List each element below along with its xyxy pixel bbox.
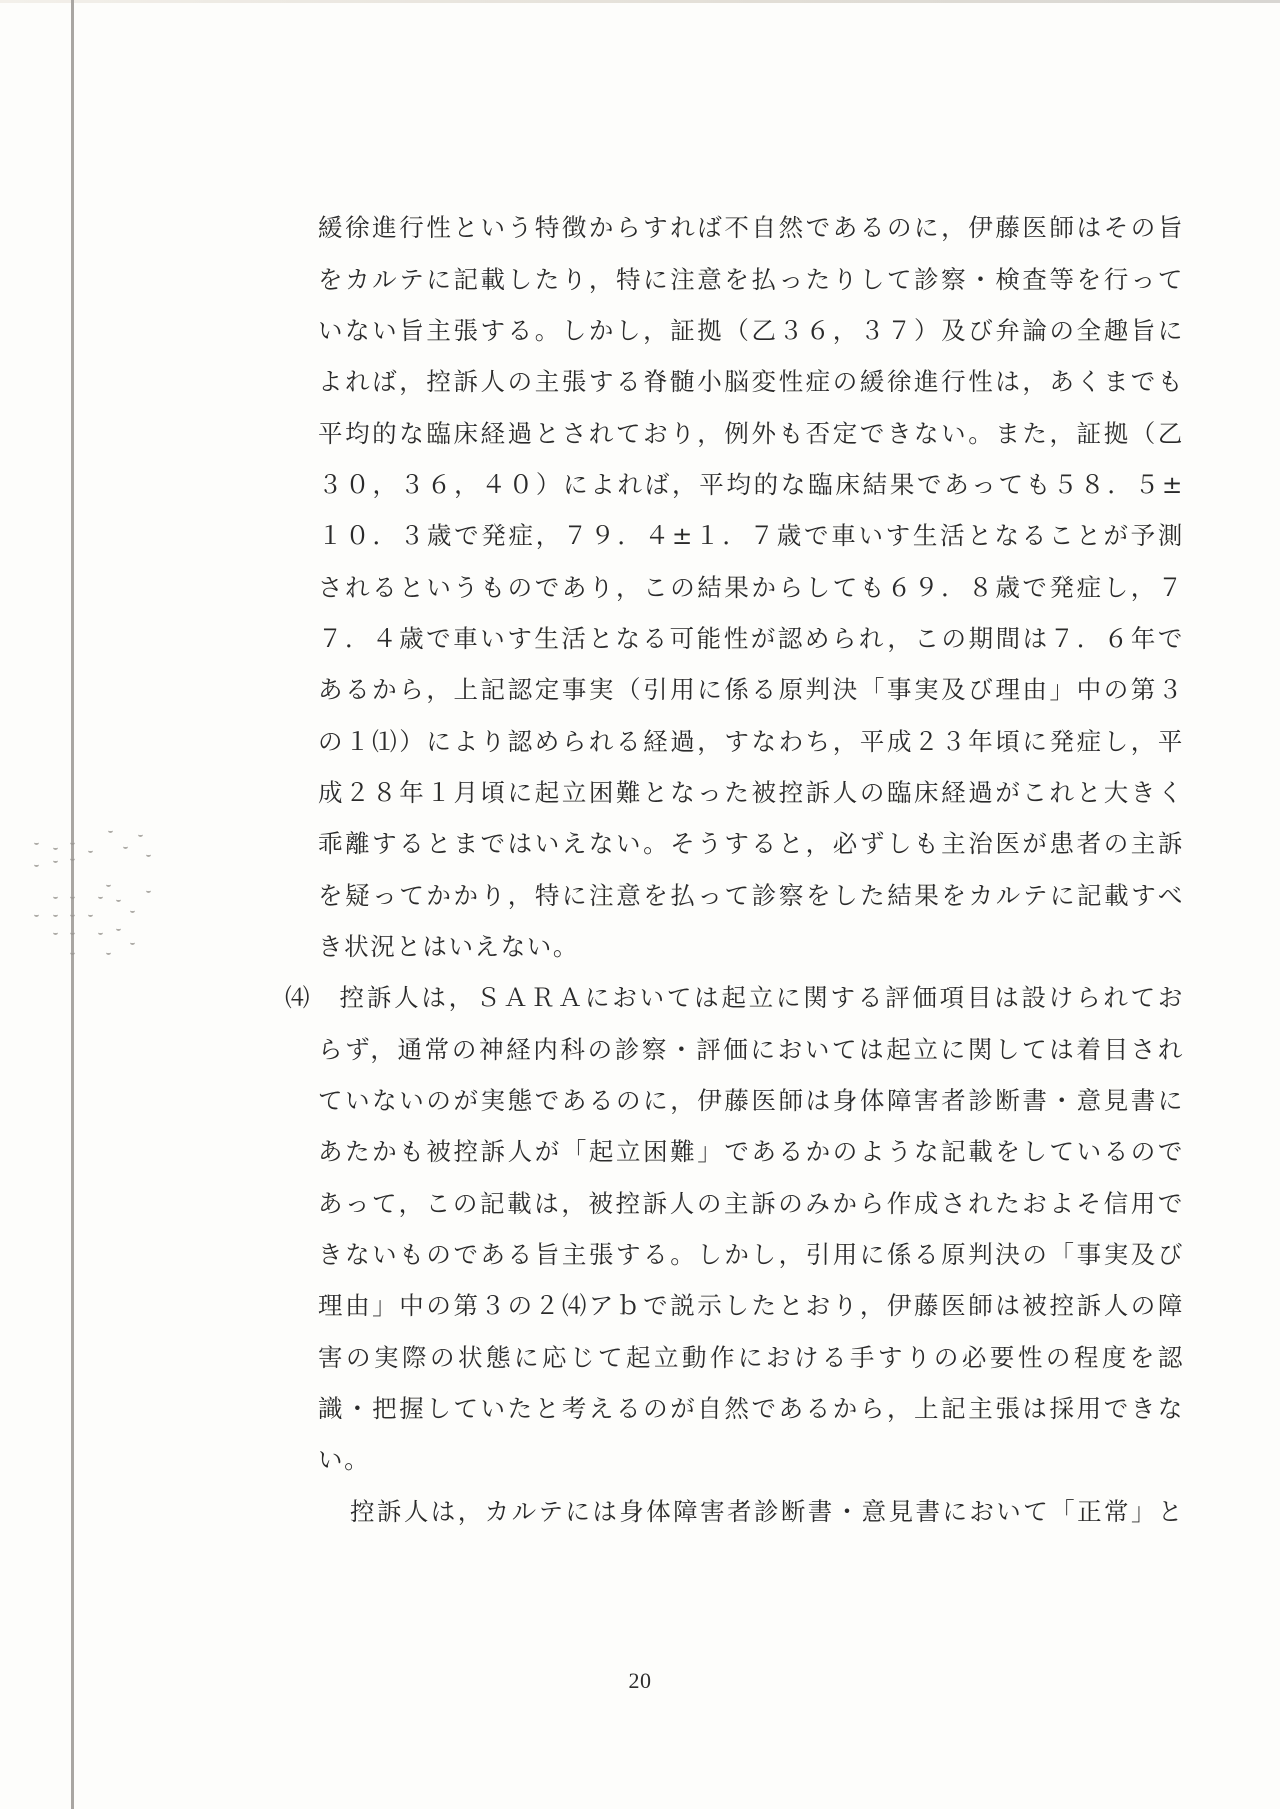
text-line: １０．３歳で発症，７９．４±１．７歳で車いす生活となることが予測 <box>318 521 1184 551</box>
paragraph-first-line: 控訴人は，カルテには身体障害者診断書・意見書において「正常」と <box>350 1497 1184 1527</box>
text-line: らず，通常の神経内科の診察・評価においては起立に関しては着目され <box>318 1035 1184 1065</box>
page-number: 20 <box>0 1668 1280 1694</box>
text-line: いない旨主張する。しかし，証拠（乙３６，３７）及び弁論の全趣旨に <box>318 316 1184 346</box>
text-line-paragraph-end: き状況とはいえない。 <box>318 932 1184 962</box>
text-line: ていないのが実態であるのに，伊藤医師は身体障害者診断書・意見書に <box>318 1086 1184 1116</box>
text-line: 乖離するとまではいえない。そうすると，必ずしも主治医が患者の主訴 <box>318 829 1184 859</box>
text-line: あるから，上記認定事実（引用に係る原判決「事実及び理由」中の第３ <box>318 675 1184 705</box>
text-line: されるというものであり，この結果からしても６９．８歳で発症し，７ <box>318 573 1184 603</box>
text-line: 成２８年１月頃に起立困難となった被控訴人の臨床経過がこれと大きく <box>318 778 1184 808</box>
list-item-i-first-line: ⑷ 控訴人は，ＳＡＲＡにおいては起立に関する評価項目は設けられてお <box>285 983 1184 1013</box>
text-line: よれば，控訴人の主張する脊髄小脳変性症の緩徐進行性は，あくまでも <box>318 367 1184 397</box>
text-line: あたかも被控訴人が「起立困難」であるかのような記載をしているので <box>318 1137 1184 1167</box>
text-line: 理由」中の第３の２⑷アｂで説示したとおり，伊藤医師は被控訴人の障 <box>318 1291 1184 1321</box>
text-line-paragraph-end: い。 <box>318 1445 1184 1475</box>
text-line: 緩徐進行性という特徴からすれば不自然であるのに，伊藤医師はその旨 <box>318 213 1184 243</box>
text-line: ３０，３６，４０）によれば，平均的な臨床結果であっても５８．５± <box>318 470 1184 500</box>
text-line: ７．４歳で車いす生活となる可能性が認められ，この期間は７．６年で <box>318 624 1184 654</box>
document-page: 緩徐進行性という特徴からすれば不自然であるのに，伊藤医師はその旨 をカルテに記載… <box>0 0 1280 1809</box>
text-line: あって，この記載は，被控訴人の主訴のみから作成されたおよそ信用で <box>318 1189 1184 1219</box>
text-line: を疑ってかかり，特に注意を払って診察をした結果をカルテに記載すべ <box>318 881 1184 911</box>
text-line: 平均的な臨床経過とされており，例外も否定できない。また，証拠（乙 <box>318 419 1184 449</box>
text-line: きないものである旨主張する。しかし，引用に係る原判決の「事実及び <box>318 1240 1184 1270</box>
text-line: 害の実際の状態に応じて起立動作における手すりの必要性の程度を認 <box>318 1343 1184 1373</box>
text-line: の１⑴）により認められる経過，すなわち，平成２３年頃に発症し，平 <box>318 727 1184 757</box>
text-line: 識・把握していたと考えるのが自然であるから，上記主張は採用できな <box>318 1394 1184 1424</box>
text-line: をカルテに記載したり，特に注意を払ったりして診察・検査等を行って <box>318 265 1184 295</box>
